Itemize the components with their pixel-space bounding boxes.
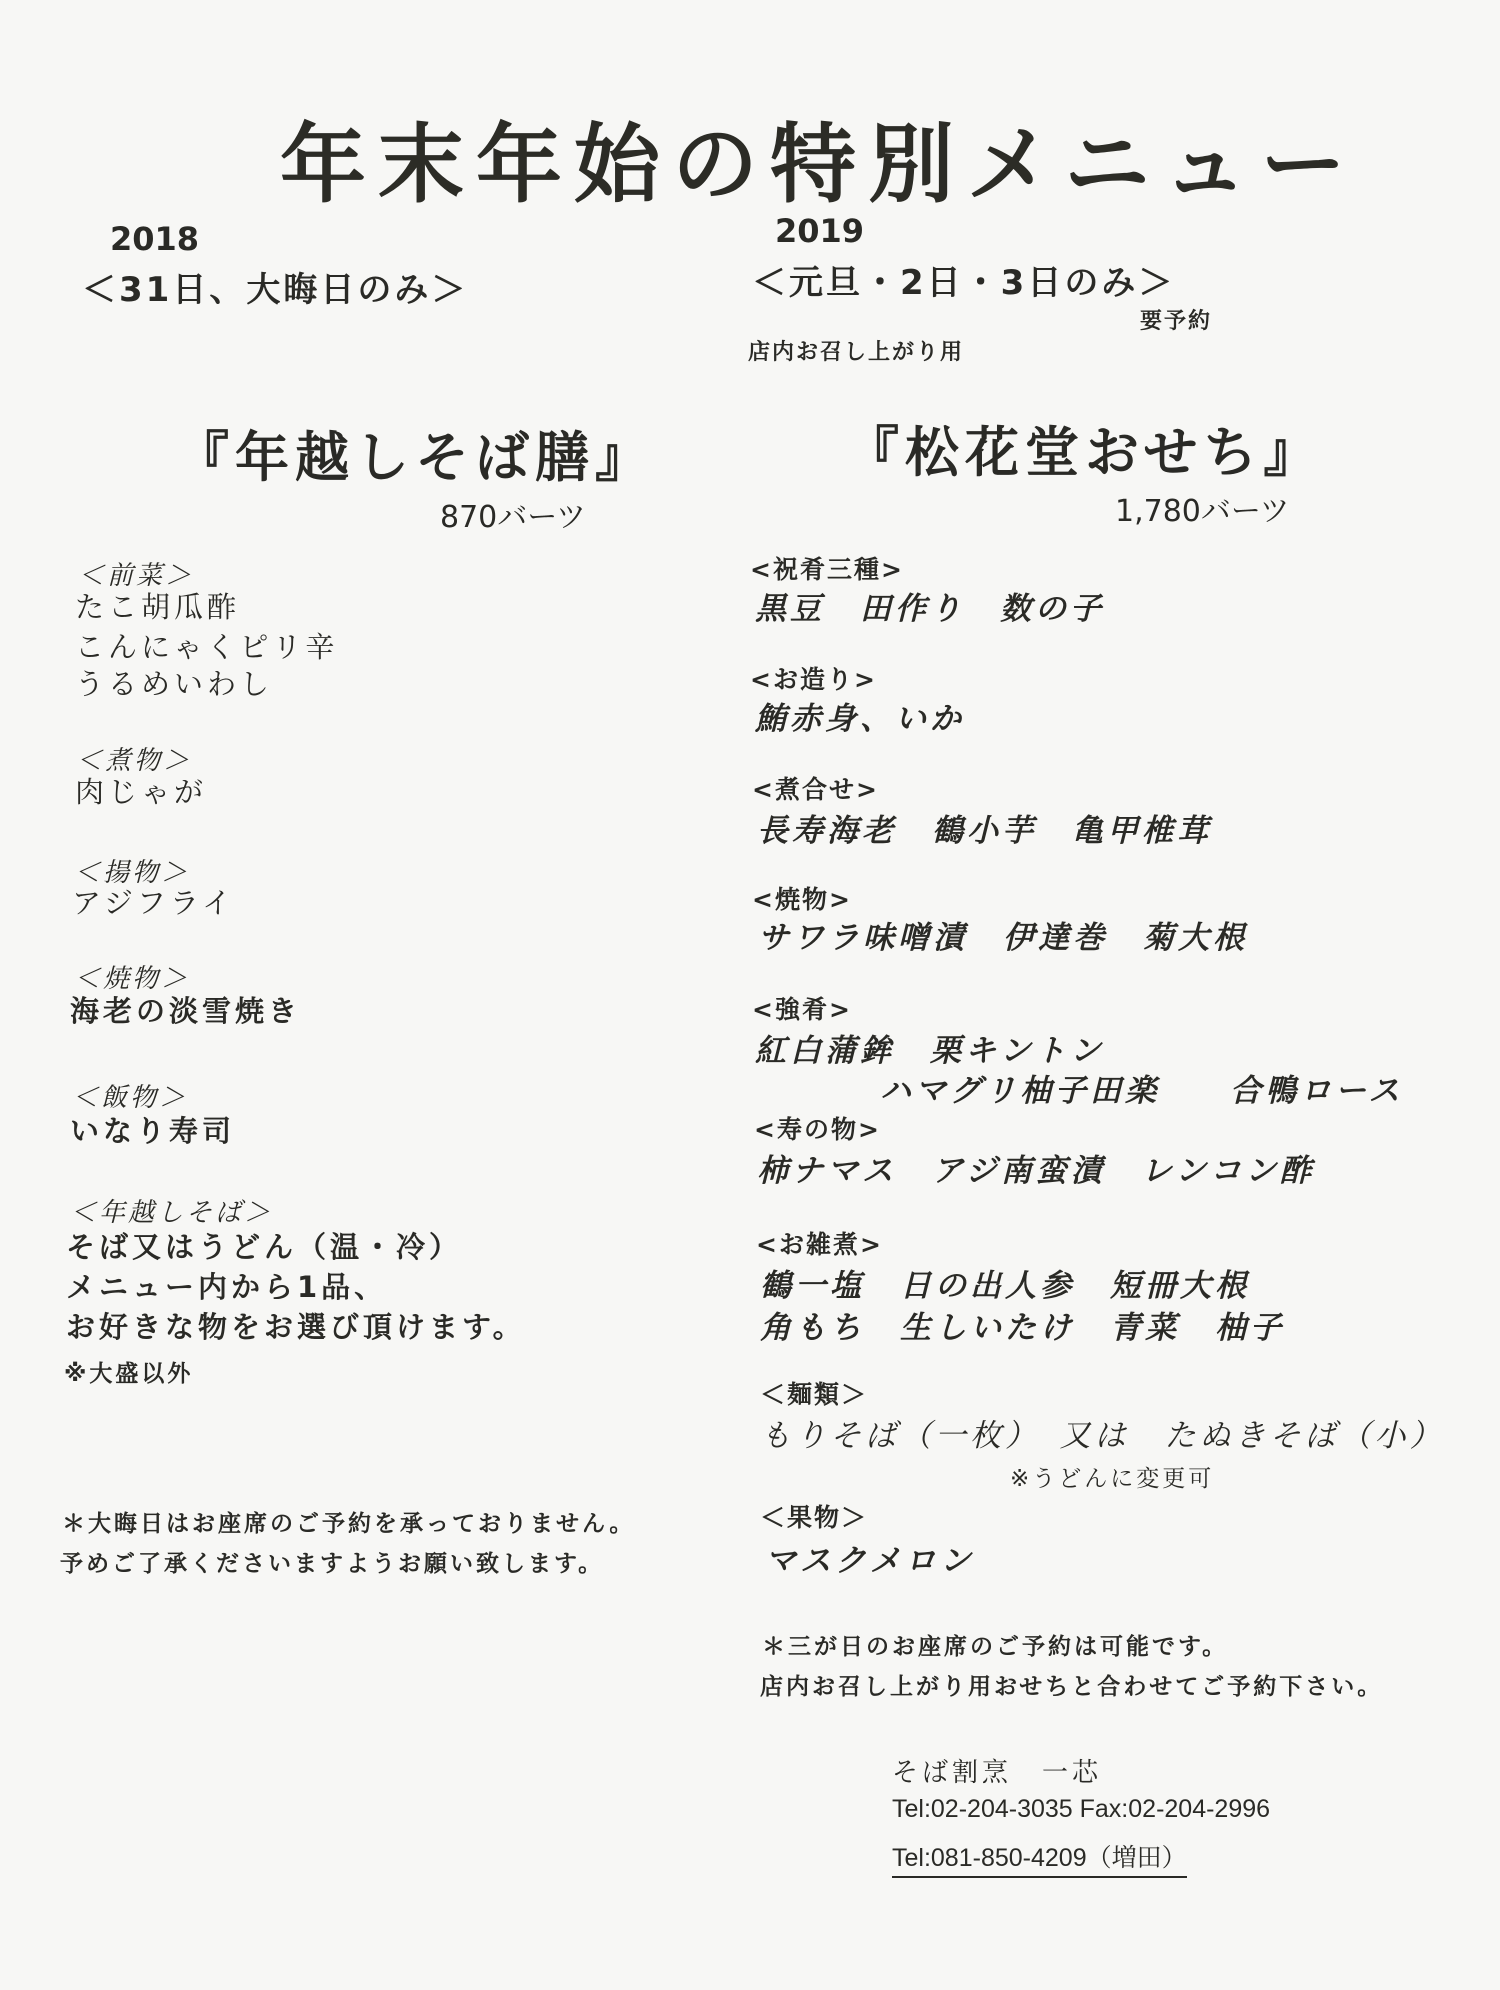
left-item: こんにゃくピリ辛 xyxy=(75,628,338,666)
right-notice-line: ＊三が日のお座席のご予約は可能です。 xyxy=(762,1628,1228,1661)
noodle-note: ※うどんに変更可 xyxy=(1010,1460,1214,1493)
right-item: 黒豆 田作り 数の子 xyxy=(755,583,1105,628)
right-period: ＜元旦・2日・3日のみ＞ xyxy=(752,255,1175,304)
page-title: 年末年始の特別メニュー xyxy=(280,95,1358,219)
left-category: ＜前菜＞ xyxy=(78,555,194,592)
left-year: 2018 xyxy=(110,220,199,258)
left-set-title: 『年越しそば膳』 xyxy=(175,415,655,492)
right-item: 紅白蒲鉾 栗キントン xyxy=(755,1025,1105,1070)
left-item: いなり寿司 xyxy=(70,1112,235,1150)
right-item: ハマグリ柚子田楽 合鴨ロース xyxy=(880,1065,1403,1110)
mobile-contact-line: Tel:081-850-4209（増田） xyxy=(892,1838,1187,1878)
left-category: ＜年越しそば＞ xyxy=(70,1192,273,1229)
left-category: ＜煮物＞ xyxy=(76,740,192,777)
right-category: <煮合せ> xyxy=(752,770,879,806)
left-item: たこ胡瓜酢 xyxy=(75,588,240,626)
left-notice-line: ＊大晦日はお座席のご予約を承っておりません。 xyxy=(62,1505,635,1538)
left-period: ＜31日、大晦日のみ＞ xyxy=(82,262,468,311)
right-price: 1,780バーツ xyxy=(1115,486,1290,530)
right-category: <お造り> xyxy=(750,660,877,696)
right-category: ＜麺類＞ xyxy=(760,1375,868,1411)
right-notice-line: 店内お召し上がり用おせちと合わせてご予約下さい。 xyxy=(760,1668,1383,1701)
right-category: <祝肴三種> xyxy=(750,550,904,586)
left-category: ＜焼物＞ xyxy=(74,958,190,995)
right-year: 2019 xyxy=(775,212,864,250)
right-item: 鶴一塩 日の出人参 短冊大根 xyxy=(760,1260,1250,1305)
left-item: うるめいわし xyxy=(75,665,273,703)
right-category: <強肴> xyxy=(752,990,852,1026)
left-item: お好きな物をお選び頂けます。 xyxy=(66,1308,526,1346)
left-item: そば又はうどん（温・冷） xyxy=(66,1228,462,1266)
right-item: 長寿海老 鶴小芋 亀甲椎茸 xyxy=(757,805,1212,850)
left-footnote: ※大盛以外 xyxy=(64,1355,193,1388)
shop-name: そば割烹 一芯 xyxy=(892,1752,1102,1789)
left-item: 肉じゃが xyxy=(75,773,207,811)
right-category: <お雑煮> xyxy=(756,1225,883,1261)
contact-line: Tel:02-204-3035 Fax:02-204-2996 xyxy=(892,1795,1270,1824)
left-item: アジフライ xyxy=(72,884,235,922)
right-category: <寿の物> xyxy=(754,1110,881,1146)
right-category: <焼物> xyxy=(752,880,852,916)
right-item: サワラ味噌漬 伊達巻 菊大根 xyxy=(758,912,1248,957)
left-price: 870バーツ xyxy=(440,492,586,536)
left-notice-line: 予めご了承くださいますようお願い致します。 xyxy=(60,1545,604,1578)
reservation-required: 要予約 xyxy=(1140,304,1212,335)
right-category: ＜果物＞ xyxy=(760,1498,868,1534)
right-set-title: 『松花堂おせち』 xyxy=(845,410,1323,487)
left-item: 海老の淡雪焼き xyxy=(70,992,301,1030)
left-category: ＜飯物＞ xyxy=(72,1077,188,1114)
dine-in-label: 店内お召し上がり用 xyxy=(748,335,964,366)
right-item: 鮪赤身、いか xyxy=(755,693,965,738)
right-item: もりそば（一枚） 又は たぬきそば（小） xyxy=(760,1410,1445,1455)
right-item: マスクメロン xyxy=(765,1535,975,1580)
right-item: 柿ナマス アジ南蛮漬 レンコン酢 xyxy=(757,1145,1315,1190)
left-item: メニュー内から1品、 xyxy=(66,1268,387,1306)
right-item: 角もち 生しいたけ 青菜 柚子 xyxy=(760,1302,1285,1347)
